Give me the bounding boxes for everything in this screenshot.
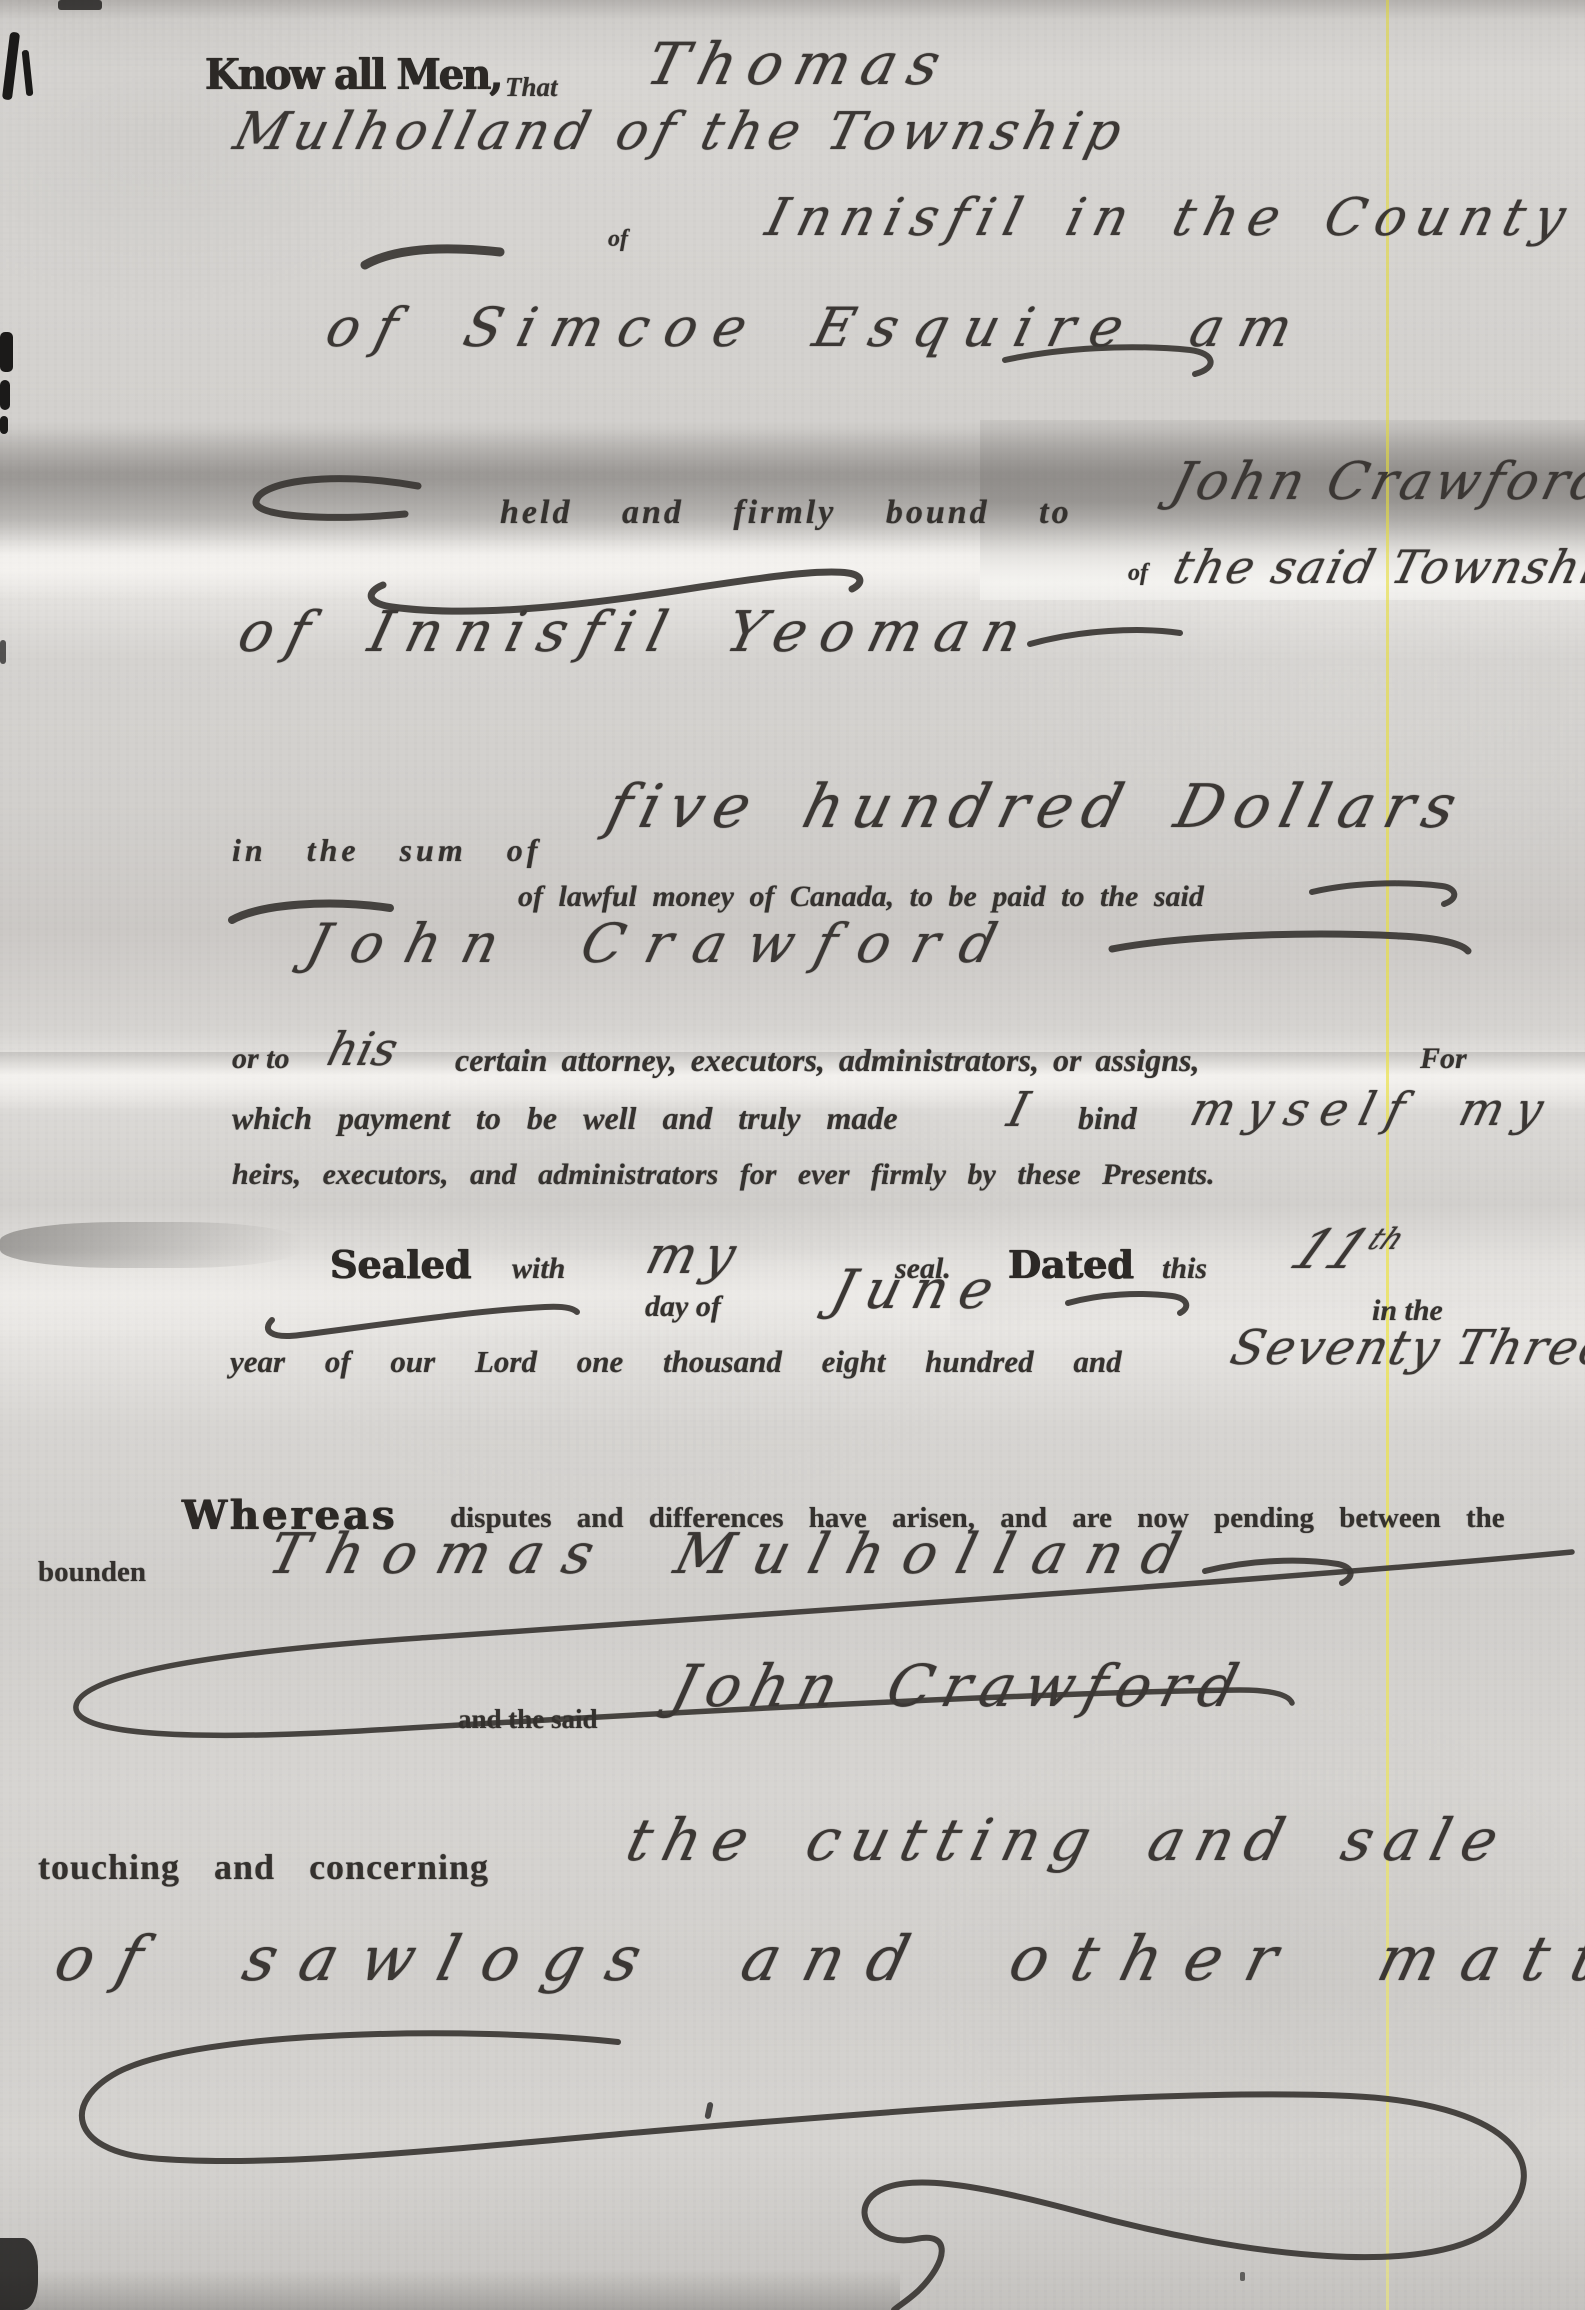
- printed-in-the-sum-of: in the sum of: [232, 832, 541, 869]
- handwritten-myself-my: myself my: [1185, 1082, 1561, 1136]
- handwritten-payee-name: John Crawford: [300, 912, 1025, 975]
- printed-payment-clause: which payment to be well and truly made: [232, 1100, 898, 1137]
- edge-mark-left-2: [0, 380, 10, 410]
- printed-bounden: bounden: [38, 1556, 146, 1589]
- handwritten-party2-name: John Crawford: [665, 1652, 1255, 1720]
- printed-and-the-said: and the said: [458, 1704, 598, 1735]
- printed-or-to: or to: [232, 1042, 290, 1076]
- printed-touching-concerning: touching and concerning: [38, 1846, 489, 1888]
- printed-of-1: of: [608, 226, 628, 253]
- printed-for: For: [1420, 1042, 1467, 1076]
- handwritten-party1-name: Thomas Mulholland: [262, 1522, 1207, 1587]
- handwritten-said-township: the said Township: [1168, 540, 1585, 594]
- handwritten-his: his: [322, 1022, 403, 1076]
- handwritten-month: June: [825, 1258, 1012, 1321]
- printed-held-and-bound: held and firmly bound to: [500, 494, 1072, 532]
- printed-dated: Dated: [1008, 1242, 1134, 1287]
- printed-heirs-clause: heirs, executors, and administrators for…: [232, 1158, 1215, 1192]
- printed-of-2: of: [1128, 560, 1148, 587]
- printed-attorney-clause: certain attorney, executors, administrat…: [455, 1042, 1199, 1079]
- edge-mark-left-1: [0, 332, 13, 372]
- handwritten-obligor-line4: of Simcoe Esquire am: [320, 296, 1315, 359]
- handwritten-subject-line1: the cutting and sale: [620, 1806, 1517, 1874]
- handwritten-obligor-line3: Innisfil in the County: [760, 188, 1582, 248]
- printed-lawful-money: of lawful money of Canada, to be paid to…: [518, 880, 1204, 914]
- handwritten-amount: five hundred Dollars: [600, 772, 1473, 842]
- handwritten-subject-line2: of sawlogs and other matters: [48, 1922, 1585, 1995]
- printed-that: That: [505, 72, 558, 103]
- printed-this: this: [1162, 1252, 1207, 1286]
- scanned-bond-document: { "meta": { "description": "Scanned prin…: [0, 0, 1585, 2310]
- handwritten-obligee-line: of Innisfil Yeoman: [232, 600, 1041, 665]
- printed-with: with: [512, 1252, 565, 1286]
- handwritten-obligor-line2: Mulholland of the Township: [228, 102, 1134, 162]
- edge-mark-left-4: [0, 640, 6, 664]
- printed-sealed: Sealed: [330, 1242, 471, 1287]
- printed-day-of: day of: [645, 1290, 721, 1324]
- handwritten-my: my: [640, 1226, 750, 1286]
- printed-bind: bind: [1078, 1100, 1137, 1137]
- handwritten-obligor-first-name: Thomas: [640, 30, 959, 98]
- edge-mark-top: [58, 0, 102, 10]
- corner-smudge-bottom-left: [0, 2238, 38, 2310]
- printed-year-line: year of our Lord one thousand eight hund…: [230, 1344, 1122, 1380]
- handwritten-obligee-name: John Crawford: [1165, 452, 1585, 512]
- speck-2: [1240, 2272, 1245, 2281]
- printed-know-all-men: Know all Men,: [205, 50, 501, 99]
- handwritten-year: Seventy Three: [1225, 1320, 1585, 1376]
- edge-mark-left-3: [0, 416, 8, 434]
